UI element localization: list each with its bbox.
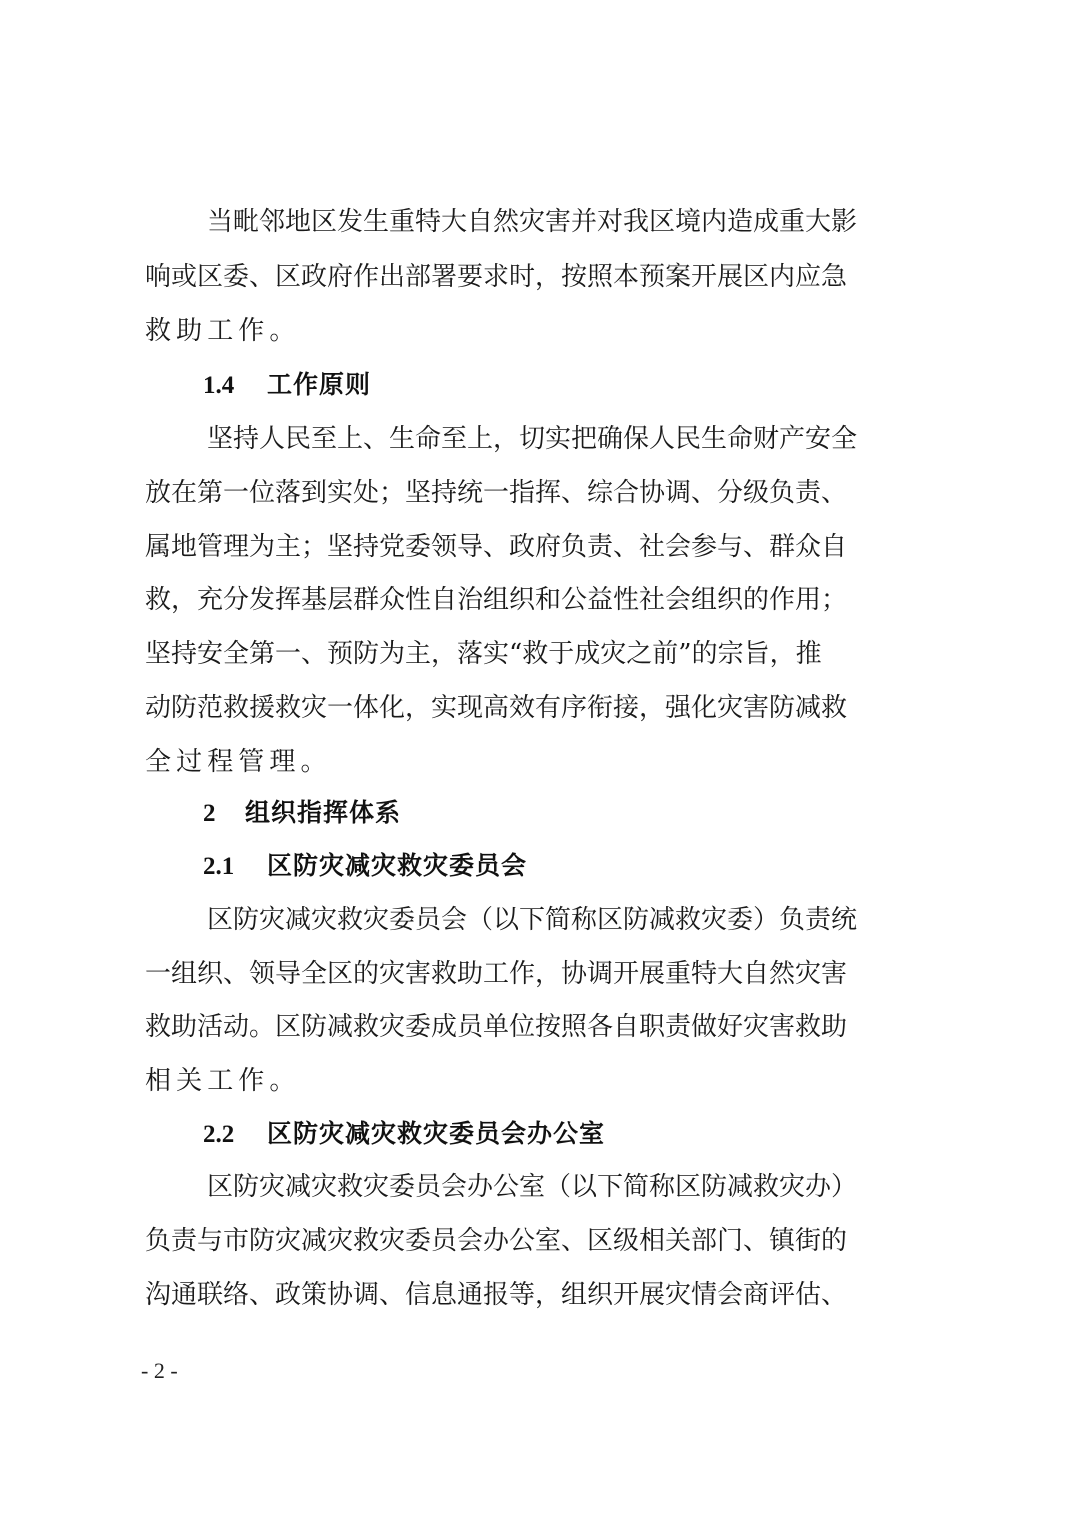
paragraph-line: 坚持安全第一、预防为主，落实“救于成灾之前”的宗旨，推 [145,637,927,671]
section-title: 区防灾减灾救灾委员会办公室 [267,1119,605,1148]
section-number: 1.4 [203,369,267,403]
paragraph-line: 区防灾减灾救灾委员会（以下简称区防减救灾委）负责统 [207,903,927,937]
paragraph-line: 救助活动。区防减救灾委成员单位按照各自职责做好灾害救助 [145,1010,927,1044]
section-heading-1-4: 1.4工作原则 [203,368,371,402]
paragraph-line: 属地管理为主；坚持党委领导、政府负责、社会参与、群众自 [145,530,927,564]
paragraph-line: 坚持人民至上、生命至上，切实把确保人民生命财产安全 [207,422,927,456]
paragraph-line: 救助工作。 [145,314,927,348]
paragraph-line: 救，充分发挥基层群众性自治组织和公益性社会组织的作用； [145,583,927,617]
paragraph-line: 动防范救援救灾一体化，实现高效有序衔接，强化灾害防减救 [145,691,927,725]
paragraph-line: 相关工作。 [145,1064,927,1098]
paragraph-line: 区防灾减灾救灾委员会办公室（以下简称区防减救灾办） [207,1170,927,1204]
paragraph-line: 放在第一位落到实处；坚持统一指挥、综合协调、分级负责、 [145,476,927,510]
section-heading-2: 2组织指挥体系 [203,796,401,830]
paragraph-line: 负责与市防灾减灾救灾委员会办公室、区级相关部门、镇街的 [145,1224,927,1258]
paragraph-line: 一组织、领导全区的灾害救助工作，协调开展重特大自然灾害 [145,957,927,991]
section-number: 2.1 [203,850,267,884]
paragraph-line: 响或区委、区政府作出部署要求时，按照本预案开展区内应急 [145,260,927,294]
page-number: - 2 - [141,1358,178,1384]
section-number: 2.2 [203,1118,267,1152]
paragraph-line: 沟通联络、政策协调、信息通报等，组织开展灾情会商评估、 [145,1278,927,1312]
section-title: 区防灾减灾救灾委员会 [267,851,527,880]
section-title: 工作原则 [267,370,371,399]
section-heading-2-2: 2.2区防灾减灾救灾委员会办公室 [203,1117,605,1151]
section-heading-2-1: 2.1区防灾减灾救灾委员会 [203,849,527,883]
paragraph-line: 当毗邻地区发生重特大自然灾害并对我区境内造成重大影 [207,205,927,239]
section-number: 2 [203,797,245,831]
document-page: 当毗邻地区发生重特大自然灾害并对我区境内造成重大影 响或区委、区政府作出部署要求… [0,0,1074,1520]
paragraph-line: 全过程管理。 [145,745,927,779]
section-title: 组织指挥体系 [245,798,401,827]
